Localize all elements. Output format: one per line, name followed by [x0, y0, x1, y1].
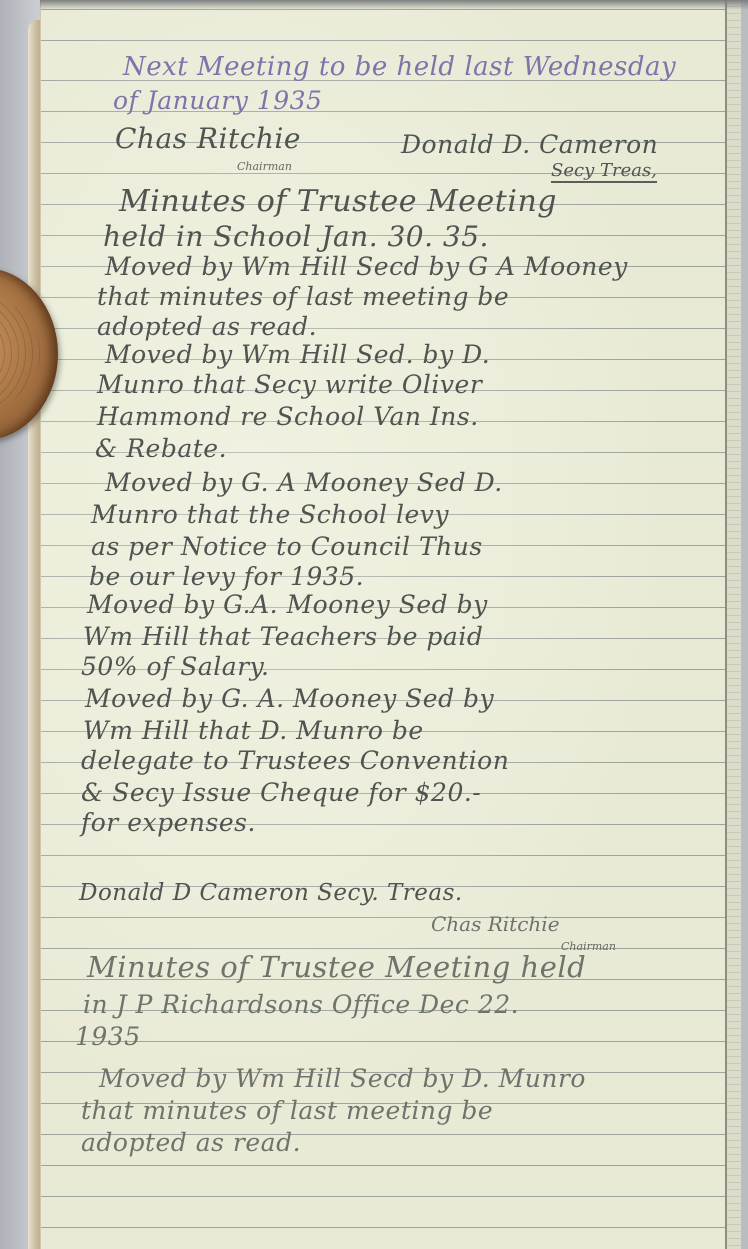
signature-secretary-title-1: Secy Treas, [551, 160, 657, 183]
motion-6-line-3: adopted as read. [81, 1128, 301, 1157]
motion-2-line-1: Moved by Wm Hill Sed. by D. [105, 340, 490, 369]
motion-4-line-2: Wm Hill that Teachers be paid [83, 622, 483, 651]
minutes-2-title-line-2: in J P Richardsons Office Dec 22. [83, 990, 519, 1019]
motion-2-line-4: & Rebate. [95, 434, 227, 463]
minutes-1-title-line-1: Minutes of Trustee Meeting [119, 184, 557, 219]
motion-1-line-1: Moved by Wm Hill Secd by G A Mooney [105, 252, 628, 281]
motion-2-line-3: Hammond re School Van Ins. [97, 402, 479, 431]
next-meeting-line-2: of January 1935 [113, 86, 322, 115]
motion-4-line-1: Moved by G.A. Mooney Sed by [87, 590, 488, 619]
motion-5-line-5: for expenses. [81, 808, 256, 837]
next-meeting-line-1: Next Meeting to be held last Wednesday [123, 52, 676, 82]
motion-2-line-2: Munro that Secy write Oliver [97, 370, 482, 399]
motion-3-line-1: Moved by G. A Mooney Sed D. [105, 468, 503, 497]
page-stack-edge [725, 0, 741, 1249]
minutes-2-title-line-1: Minutes of Trustee Meeting held [87, 950, 586, 984]
motion-5-line-1: Moved by G. A. Mooney Sed by [85, 684, 494, 713]
motion-1-line-3: adopted as read. [97, 312, 317, 341]
signature-secretary-2: Donald D Cameron Secy. Treas. [79, 880, 463, 906]
minutes-2-title-line-3: 1935 [75, 1022, 141, 1051]
signature-chairman-1: Chas Ritchie [115, 122, 301, 155]
signature-chairman-2: Chas Ritchie [431, 912, 560, 936]
motion-6-line-2: that minutes of last meeting be [81, 1096, 493, 1125]
motion-5-line-3: delegate to Trustees Convention [81, 746, 509, 775]
motion-1-line-2: that minutes of last meeting be [97, 282, 509, 311]
signature-secretary-1: Donald D. Cameron [401, 130, 658, 159]
page-top-shadow [40, 0, 748, 10]
minutes-1-title-line-2: held in School Jan. 30. 35. [103, 220, 489, 253]
motion-5-line-4: & Secy Issue Cheque for $20.- [81, 778, 481, 807]
motion-3-line-2: Munro that the School levy [91, 500, 449, 529]
motion-4-line-3: 50% of Salary. [81, 652, 269, 681]
motion-5-line-2: Wm Hill that D. Munro be [83, 716, 424, 745]
signature-chairman-title-1: Chairman [237, 160, 292, 173]
motion-3-line-4: be our levy for 1935. [89, 562, 364, 591]
motion-3-line-3: as per Notice to Council Thus [91, 532, 483, 561]
motion-6-line-1: Moved by Wm Hill Secd by D. Munro [99, 1064, 586, 1093]
notebook-page: Next Meeting to be held last Wednesday o… [40, 0, 741, 1249]
